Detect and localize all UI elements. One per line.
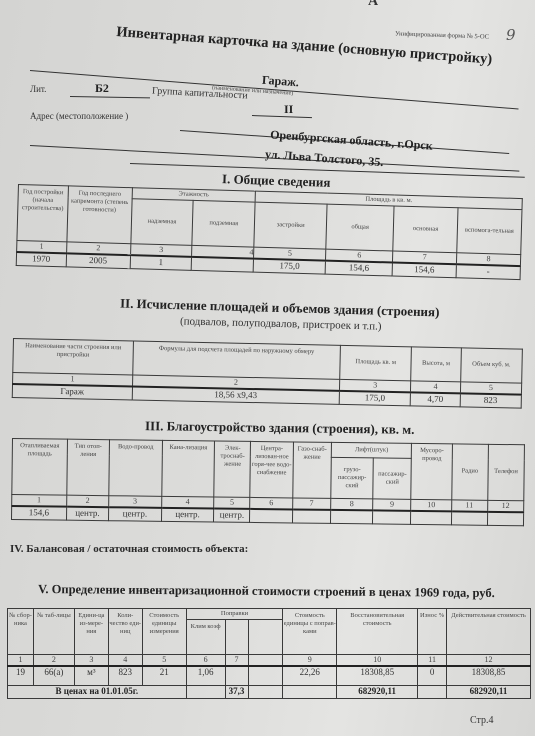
header-table-no: № таб-лицы [33, 609, 74, 655]
adjust-value [248, 666, 283, 686]
header-restoration-cost: Восстановительная стоимость [337, 609, 418, 655]
header-phone: Телефон [488, 444, 525, 500]
header-heating-type: Тип отоп-ления [67, 439, 110, 496]
group-underline [252, 115, 312, 118]
total-blank [418, 686, 447, 699]
header-area-aux: вспомога-тельная [457, 208, 522, 255]
col-number: 3 [74, 655, 108, 667]
header-year-repair: Год последнего капремонта (степень готов… [67, 186, 132, 244]
col-number: 10 [411, 499, 451, 511]
area-main-value: 154,6 [392, 262, 456, 277]
header-garbage-chute: Мусоро-провод [411, 443, 452, 499]
amenities-table: Отапливаемая площадь Тип отоп-ления Водо… [11, 438, 525, 526]
total-label: В ценах на 01.01.05г. [8, 686, 187, 699]
header-heated-area: Отапливаемая площадь [12, 439, 67, 496]
col-number: 6 [186, 655, 225, 667]
area-built-value: 175,0 [253, 259, 325, 275]
handwritten-number: 9 [506, 26, 516, 44]
header-volume: Объем куб. м. [460, 348, 522, 383]
col-number: 8 [331, 498, 373, 510]
total-blank [186, 686, 225, 699]
lit-value: Б2 [95, 81, 109, 96]
col-number: 5 [142, 655, 186, 667]
height-value: 4,70 [410, 392, 460, 407]
col-number: 11 [418, 655, 447, 667]
lift-cargo-value [330, 510, 372, 524]
total-blank [283, 686, 337, 699]
col-number: 12 [447, 655, 531, 667]
header-wear: Износ % [418, 609, 447, 655]
col-number: 9 [283, 655, 337, 667]
area-value: 175,0 [339, 391, 411, 406]
section4-title: IV. Балансовая / остаточная стоимость об… [10, 543, 248, 555]
heating-type-value: центр. [66, 507, 108, 521]
collection-no-value: 19 [8, 666, 34, 686]
floors-above-value: 1 [130, 255, 192, 270]
header-hot-water: Центра-лизован-ное горя-чее водо-снабжен… [250, 441, 293, 498]
header-unit: Едини-ца из-мере-ния [74, 609, 108, 655]
page-number: Стр.4 [470, 715, 494, 726]
col-number: 5 [214, 497, 250, 509]
climate-coef-value: 1,06 [186, 666, 225, 686]
col-number: 3 [109, 496, 162, 508]
gas-value [292, 509, 330, 523]
header-floors-above: надземная [130, 199, 193, 246]
header-electricity: Элек-троснаб-жение [214, 441, 251, 497]
header-gas: Газо-снаб-жение [293, 442, 332, 498]
year-built-value: 1970 [16, 252, 66, 267]
building-name: Гараж. [262, 73, 300, 91]
col-number: 10 [337, 655, 418, 667]
col-number: 7 [225, 655, 248, 667]
adjust-value [225, 666, 248, 686]
header-collection-no: № сбор-ника [8, 609, 34, 655]
col-number: 9 [373, 499, 411, 511]
header-height: Высота, м [411, 347, 461, 382]
header-formula: Формулы для подсчета площадей по наружно… [132, 341, 340, 379]
inventory-card-page: A Унифицированная форма № 5-ОС 9 Инвента… [0, 0, 535, 736]
area-total-value: 154,6 [325, 261, 392, 276]
header-area-main: основная [393, 206, 458, 253]
col-number: 11 [451, 500, 487, 512]
table-row: 19 66(а) м³ 823 21 1,06 22,26 18308,85 0… [8, 666, 531, 686]
header-unit-cost: Стоимость единицы измерения [142, 609, 186, 655]
hot-water-value [250, 509, 292, 523]
section3-title: III. Благоустройство здания (строения), … [145, 418, 415, 438]
header-water-supply: Водо-провод [109, 440, 162, 497]
radio-value [451, 511, 487, 525]
header-lift-cargo: грузо-пассажир-ский [331, 457, 374, 499]
actual-cost-value: 18308,85 [447, 666, 531, 686]
phone-value [487, 512, 523, 526]
header-floors-below: подземная [192, 200, 255, 247]
col-number: 4 [108, 655, 142, 667]
water-supply-value: центр. [109, 507, 162, 521]
total-restoration-cost: 682920,11 [337, 686, 418, 699]
header-area-total: общая [326, 204, 394, 251]
header-part-name: Наименование части строения или пристрой… [13, 339, 133, 375]
floors-below-value [192, 257, 254, 272]
header-adjust-blank [248, 620, 283, 655]
valuation-table: № сбор-ника № таб-лицы Едини-ца из-мере-… [7, 608, 531, 699]
page-title: Инвентарная карточка на здание (основную… [116, 24, 493, 69]
address-line2: ул. Льва Толстого, 35. [265, 147, 384, 170]
col-number: 2 [66, 495, 108, 507]
col-number: 4 [411, 381, 461, 394]
header-radio: Радио [451, 444, 488, 500]
header-adjustments: Поправки [186, 609, 283, 620]
year-repair-value: 2005 [66, 253, 130, 268]
col-number: 4 [161, 496, 214, 508]
heated-area-value: 154,6 [12, 506, 67, 520]
section2-title: II. Исчисление площадей и объемов здания… [120, 296, 440, 321]
col-number [248, 655, 283, 667]
group-value: II [284, 102, 293, 117]
header-area: Площадь кв. м [340, 345, 412, 380]
section1-title: I. Общие сведения [222, 171, 331, 191]
header-sewerage: Кана-лизация [161, 440, 214, 497]
sewerage-value: центр. [161, 508, 214, 522]
col-number: 1 [12, 495, 67, 507]
lift-passenger-value [373, 510, 411, 524]
header-adjust-blank [225, 620, 248, 655]
col-number: 2 [33, 655, 74, 667]
header-adjusted-cost: Стоимость единицы с поправ-ками [283, 609, 337, 655]
col-number: 1 [8, 655, 34, 667]
form-note: Унифицированная форма № 5-ОС [395, 30, 489, 40]
general-info-table: Год постройки (начала строительства) Год… [16, 184, 523, 280]
header-area-built: застройки [254, 202, 327, 249]
area-volume-table: Наименование части строения или пристрой… [12, 338, 523, 409]
part-name-value: Гараж [12, 384, 132, 400]
col-number: 6 [250, 497, 292, 509]
volume-value: 823 [460, 393, 522, 408]
table-no-value: 66(а) [33, 666, 74, 686]
col-number: 7 [292, 498, 330, 510]
restoration-cost-value: 18308,85 [337, 666, 418, 686]
total-row: В ценах на 01.01.05г. 37,3 682920,11 682… [8, 686, 531, 699]
quantity-value: 823 [108, 666, 142, 686]
electricity-value: центр. [214, 508, 250, 522]
top-mark: A [368, 0, 378, 10]
unit-cost-value: 21 [142, 666, 186, 686]
total-blank [248, 686, 283, 699]
header-quantity: Коли-чество еди-ниц [108, 609, 142, 655]
header-lift: Лифт(штук) [331, 442, 412, 458]
total-actual-cost: 682920,11 [447, 686, 531, 699]
section5-title: V. Определение инвентаризационной стоимо… [38, 582, 495, 601]
lit-label: Лит. [30, 84, 46, 94]
address-label: Адрес (местоположение ) [30, 111, 128, 121]
header-year-built: Год постройки (начала строительства) [17, 185, 68, 242]
lit-underline [70, 96, 150, 98]
adjusted-cost-value: 22,26 [283, 666, 337, 686]
wear-value: 0 [418, 666, 447, 686]
header-actual-cost: Действительная стоимость [447, 609, 531, 655]
header-lift-passenger: пассажир-ский [373, 458, 412, 499]
col-number: 12 [487, 500, 523, 512]
header-climate-coef: Клим коэф [186, 620, 225, 655]
garbage-chute-value [411, 511, 451, 525]
total-coef: 37,3 [225, 686, 248, 699]
unit-value: м³ [74, 666, 108, 686]
area-aux-value: - [456, 264, 520, 279]
